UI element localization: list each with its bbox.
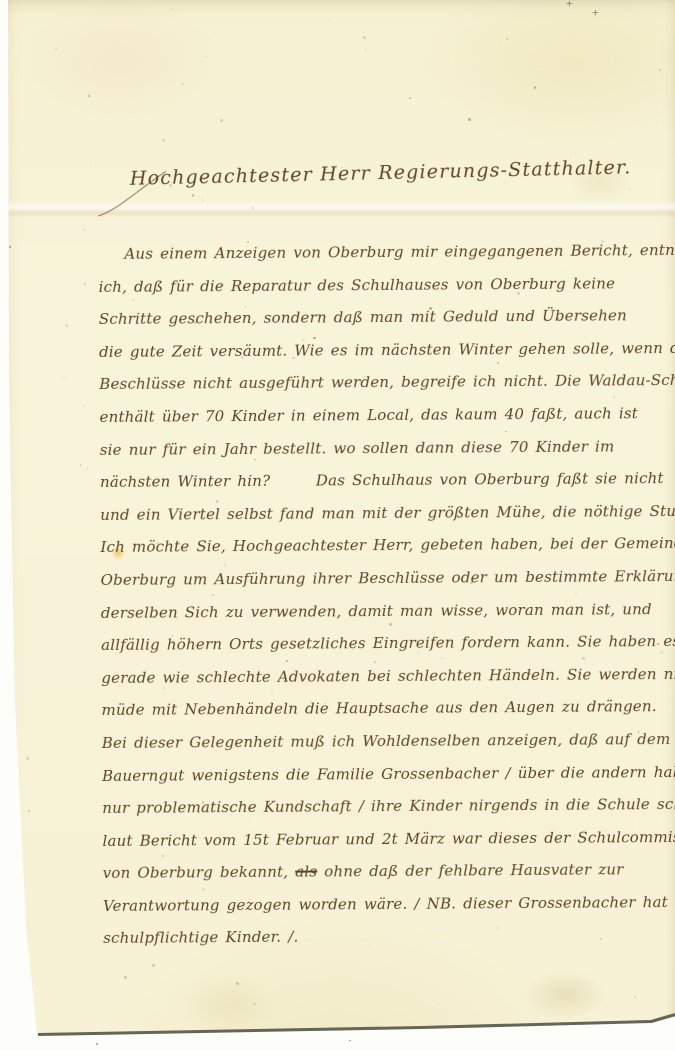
handwritten-line: und ein Viertel selbst fand man mit der …	[100, 495, 648, 531]
handwritten-line: die gute Zeit versäumt. Wie es im nächst…	[99, 332, 647, 368]
line-text: von Oberburg bekannt,	[103, 863, 296, 882]
letter-heading: Hochgeachtester Herr Regierungs-Statthal…	[130, 156, 632, 189]
handwritten-line: gerade wie schlechte Advokaten bei schle…	[101, 658, 649, 694]
handwritten-line: allfällig höhern Orts gesetzliches Eingr…	[101, 625, 649, 661]
line-text: laut Bericht vom 15t Februar und 2t März…	[102, 827, 675, 849]
line-text: Bauerngut wenigstens die Familie Grossen…	[102, 762, 675, 784]
handwritten-line: laut Bericht vom 15t Februar und 2t März…	[102, 821, 650, 857]
struck-word: als	[295, 863, 317, 881]
line-text: ich, daß für die Reparatur des Schulhaus…	[99, 274, 616, 296]
line-text: Bei dieser Gelegenheit muß ich Wohldense…	[102, 730, 671, 752]
handwritten-line: schulpflichtige Kinder. /.	[103, 919, 651, 955]
handwritten-line: Aus einem Anzeigen von Oberburg mir eing…	[98, 234, 646, 270]
scan-speck	[96, 1043, 98, 1045]
handwritten-line: ich, daß für die Reparatur des Schulhaus…	[98, 267, 646, 303]
handwritten-line: derselben Sich zu verwenden, damit man w…	[101, 593, 649, 629]
handwritten-line: Schritte geschehen, sondern daß man mit …	[99, 299, 647, 335]
line-text: müde mit Nebenhändeln die Hauptsache aus…	[101, 697, 656, 719]
line-text: und ein Viertel selbst fand man mit der …	[100, 502, 675, 524]
handwritten-line: Oberburg um Ausführung ihrer Beschlüsse …	[101, 560, 649, 596]
line-text: Schritte geschehen, sondern daß man mit …	[99, 307, 627, 329]
line-text: derselben Sich zu verwenden, damit man w…	[101, 600, 652, 622]
line-text: allfällig höhern Orts gesetzliches Eingr…	[101, 632, 675, 654]
handwritten-line: von Oberburg bekannt, als ohne daß der f…	[103, 853, 651, 889]
line-text-after: ohne daß der fehlbare Hausvater zur	[317, 861, 623, 881]
registration-mark-icon: +	[566, 0, 573, 9]
handwritten-line: Bauerngut wenigstens die Familie Grossen…	[102, 756, 650, 792]
line-text: nächsten Winter hin? Das Schulhaus von O…	[100, 469, 664, 491]
line-text: nur problematische Kundschaft / ihre Kin…	[102, 795, 675, 817]
handwritten-line: Verantwortung gezogen worden wäre. / NB.…	[103, 886, 651, 922]
line-text: Beschlüsse nicht ausgeführt werden, begr…	[99, 371, 675, 393]
registration-mark-icon: +	[592, 7, 599, 18]
handwritten-line: müde mit Nebenhändeln die Hauptsache aus…	[101, 690, 649, 726]
handwritten-line: Beschlüsse nicht ausgeführt werden, begr…	[99, 365, 647, 401]
line-text: Oberburg um Ausführung ihrer Beschlüsse …	[101, 567, 675, 589]
paper: Hochgeachtester Herr Regierungs-Statthal…	[0, 0, 675, 1051]
line-text: Aus einem Anzeigen von Oberburg mir eing…	[124, 241, 675, 263]
letter-body: Aus einem Anzeigen von Oberburg mir eing…	[98, 234, 651, 955]
line-text: sie nur für ein Jahr bestellt. wo sollen…	[100, 437, 615, 459]
line-text: enthält über 70 Kinder in einem Local, d…	[99, 404, 638, 426]
handwritten-line: sie nur für ein Jahr bestellt. wo sollen…	[100, 430, 648, 466]
line-text: Verantwortung gezogen worden wäre. / NB.…	[103, 892, 675, 914]
scan-speck	[9, 246, 11, 248]
handwritten-line: nächsten Winter hin? Das Schulhaus von O…	[100, 462, 648, 498]
scan-speck	[349, 1040, 351, 1041]
line-text: schulpflichtige Kinder. /.	[103, 928, 298, 947]
line-text: die gute Zeit versäumt. Wie es im nächst…	[99, 339, 675, 361]
letter: Hochgeachtester Herr Regierungs-Statthal…	[0, 0, 675, 1051]
line-text: gerade wie schlechte Advokaten bei schle…	[101, 665, 675, 687]
scanned-letter-page: Hochgeachtester Herr Regierungs-Statthal…	[0, 0, 675, 1051]
handwritten-line: Ich möchte Sie, Hochgeachtester Herr, ge…	[100, 528, 648, 564]
handwritten-line: nur problematische Kundschaft / ihre Kin…	[102, 788, 650, 824]
line-text: Ich möchte Sie, Hochgeachtester Herr, ge…	[100, 534, 675, 556]
handwritten-line: Bei dieser Gelegenheit muß ich Wohldense…	[102, 723, 650, 759]
handwritten-line: enthält über 70 Kinder in einem Local, d…	[99, 397, 647, 433]
